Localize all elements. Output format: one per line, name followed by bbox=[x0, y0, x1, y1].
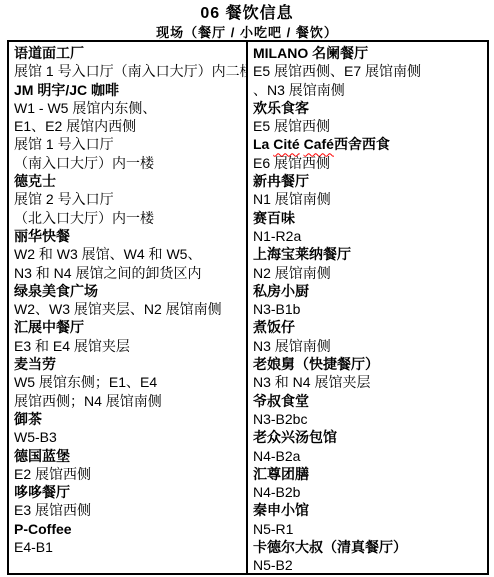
restaurant-location: E3 和 E4 展馆夹层 bbox=[14, 337, 242, 355]
restaurant-location: W5-B3 bbox=[14, 428, 242, 446]
restaurant-location: E5 展馆西侧 bbox=[253, 117, 483, 135]
restaurant-name: 煮饭仔 bbox=[253, 318, 483, 336]
restaurant-location: N1 展馆南侧 bbox=[253, 190, 483, 208]
document-header: 06 餐饮信息 现场（餐厅 / 小吃吧 / 餐饮） bbox=[0, 0, 494, 41]
restaurant-location: N3 和 N4 展馆夹层 bbox=[253, 373, 483, 391]
restaurant-name: 秦申小馆 bbox=[253, 501, 483, 519]
restaurant-name: JM 明宇/JC 咖啡 bbox=[14, 81, 242, 99]
restaurant-name: 哆哆餐厅 bbox=[14, 483, 242, 501]
restaurant-entry: 麦当劳W5 展馆东侧；E1、E4展馆西侧；N4 展馆南侧 bbox=[14, 355, 242, 410]
restaurant-location: （南入口大厅）内一楼 bbox=[14, 154, 242, 172]
restaurant-name: MILANO 名阑餐厅 bbox=[253, 44, 483, 62]
restaurant-entry: 赛百味N1-R2a bbox=[253, 209, 483, 246]
restaurant-location: 展馆 1 号入口厅（南入口大厅）内二楼 bbox=[14, 62, 242, 80]
restaurant-entry: 汇尊团膳N4-B2b bbox=[253, 465, 483, 502]
name-text: 西舍西食 bbox=[334, 136, 390, 152]
restaurant-name: 卡德尔大叔（清真餐厅） bbox=[253, 538, 483, 556]
restaurant-entry: 欢乐食客E5 展馆西侧 bbox=[253, 99, 483, 136]
restaurant-name: 老众兴汤包馆 bbox=[253, 428, 483, 446]
restaurant-location: E6 展馆西侧 bbox=[253, 154, 483, 172]
document-subtitle: 现场（餐厅 / 小吃吧 / 餐饮） bbox=[0, 24, 494, 41]
restaurant-location: N3-B2bc bbox=[253, 410, 483, 428]
restaurant-name: 欢乐食客 bbox=[253, 99, 483, 117]
restaurant-entry: 煮饭仔N3 展馆南侧 bbox=[253, 318, 483, 355]
spellchecked-word: Cité bbox=[273, 136, 299, 152]
restaurant-location: W1 - W5 展馆内东侧、 bbox=[14, 99, 242, 117]
restaurant-entry: 上海宝莱纳餐厅N2 展馆南侧 bbox=[253, 245, 483, 282]
restaurant-entry: 丽华快餐W2 和 W3 展馆、W4 和 W5、N3 和 N4 展馆之间的卸货区内 bbox=[14, 227, 242, 282]
right-column-cell: MILANO 名阑餐厅E5 展馆西侧、E7 展馆南侧、N3 展馆南侧欢乐食客E5… bbox=[248, 42, 487, 573]
restaurant-location: E1、E2 展馆内西侧 bbox=[14, 117, 242, 135]
restaurant-location: N5-B2 bbox=[253, 556, 483, 573]
restaurant-name: 语道面工厂 bbox=[14, 44, 242, 62]
restaurant-entry: 老众兴汤包馆N4-B2a bbox=[253, 428, 483, 465]
restaurant-location: 展馆西侧；N4 展馆南侧 bbox=[14, 392, 242, 410]
restaurant-location: W2、W3 展馆夹层、N2 展馆南侧 bbox=[14, 300, 242, 318]
restaurant-location: E5 展馆西侧、E7 展馆南侧 bbox=[253, 62, 483, 80]
restaurant-location: E2 展馆西侧 bbox=[14, 465, 242, 483]
restaurant-location: N4-B2a bbox=[253, 447, 483, 465]
restaurant-name: 私房小厨 bbox=[253, 282, 483, 300]
restaurant-entry: La Cité Café西舍西食E6 展馆西侧 bbox=[253, 135, 483, 172]
restaurant-name: 新冉餐厅 bbox=[253, 172, 483, 190]
restaurant-location: N1-R2a bbox=[253, 227, 483, 245]
restaurant-entry: P-CoffeeE4-B1 bbox=[14, 520, 242, 557]
restaurant-entry: 语道面工厂展馆 1 号入口厅（南入口大厅）内二楼 bbox=[14, 44, 242, 81]
name-text: La bbox=[253, 136, 273, 152]
restaurant-entry: 老娘舅（快捷餐厅）N3 和 N4 展馆夹层 bbox=[253, 355, 483, 392]
restaurant-name: 赛百味 bbox=[253, 209, 483, 227]
restaurant-location: 展馆 1 号入口厅 bbox=[14, 135, 242, 153]
restaurant-entry: MILANO 名阑餐厅E5 展馆西侧、E7 展馆南侧、N3 展馆南侧 bbox=[253, 44, 483, 99]
restaurant-location: N4-B2b bbox=[253, 483, 483, 501]
restaurant-entry: 汇展中餐厅E3 和 E4 展馆夹层 bbox=[14, 318, 242, 355]
restaurant-entry: 秦申小馆N5-R1 bbox=[253, 501, 483, 538]
restaurant-location: E4-B1 bbox=[14, 538, 242, 556]
document-title: 06 餐饮信息 bbox=[0, 4, 494, 23]
restaurant-location: N2 展馆南侧 bbox=[253, 264, 483, 282]
dining-info-table: 语道面工厂展馆 1 号入口厅（南入口大厅）内二楼JM 明宇/JC 咖啡W1 - … bbox=[7, 40, 489, 575]
restaurant-entry: 德克士展馆 2 号入口厅（北入口大厅）内一楼 bbox=[14, 172, 242, 227]
restaurant-name: 汇尊团膳 bbox=[253, 465, 483, 483]
restaurant-name: 德克士 bbox=[14, 172, 242, 190]
restaurant-entry: 绿泉美食广场W2、W3 展馆夹层、N2 展馆南侧 bbox=[14, 282, 242, 319]
restaurant-name: 爷叔食堂 bbox=[253, 392, 483, 410]
restaurant-name: 上海宝莱纳餐厅 bbox=[253, 245, 483, 263]
restaurant-location: N5-R1 bbox=[253, 520, 483, 538]
restaurant-name: 丽华快餐 bbox=[14, 227, 242, 245]
restaurant-location: N3-B1b bbox=[253, 300, 483, 318]
restaurant-entry: 私房小厨N3-B1b bbox=[253, 282, 483, 319]
restaurant-entry: 德国蓝堡E2 展馆西侧 bbox=[14, 447, 242, 484]
restaurant-location: W5 展馆东侧；E1、E4 bbox=[14, 373, 242, 391]
restaurant-name: 绿泉美食广场 bbox=[14, 282, 242, 300]
restaurant-entry: 御茶W5-B3 bbox=[14, 410, 242, 447]
restaurant-entry: 爷叔食堂N3-B2bc bbox=[253, 392, 483, 429]
restaurant-name: P-Coffee bbox=[14, 520, 242, 538]
page: 06 餐饮信息 现场（餐厅 / 小吃吧 / 餐饮） 语道面工厂展馆 1 号入口厅… bbox=[0, 0, 494, 577]
restaurant-name: 德国蓝堡 bbox=[14, 447, 242, 465]
restaurant-location: 、N3 展馆南侧 bbox=[253, 81, 483, 99]
left-column-cell: 语道面工厂展馆 1 号入口厅（南入口大厅）内二楼JM 明宇/JC 咖啡W1 - … bbox=[9, 42, 248, 573]
spellchecked-word: Café bbox=[304, 136, 334, 152]
restaurant-name: 老娘舅（快捷餐厅） bbox=[253, 355, 483, 373]
restaurant-name: 麦当劳 bbox=[14, 355, 242, 373]
restaurant-location: W2 和 W3 展馆、W4 和 W5、 bbox=[14, 245, 242, 263]
restaurant-name: La Cité Café西舍西食 bbox=[253, 135, 483, 153]
restaurant-entry: JM 明宇/JC 咖啡W1 - W5 展馆内东侧、E1、E2 展馆内西侧展馆 1… bbox=[14, 81, 242, 172]
restaurant-location: 展馆 2 号入口厅 bbox=[14, 190, 242, 208]
restaurant-location: N3 展馆南侧 bbox=[253, 337, 483, 355]
restaurant-entry: 卡德尔大叔（清真餐厅）N5-B2 bbox=[253, 538, 483, 573]
restaurant-name: 汇展中餐厅 bbox=[14, 318, 242, 336]
restaurant-name: 御茶 bbox=[14, 410, 242, 428]
restaurant-location: E3 展馆西侧 bbox=[14, 501, 242, 519]
restaurant-entry: 新冉餐厅N1 展馆南侧 bbox=[253, 172, 483, 209]
restaurant-location: （北入口大厅）内一楼 bbox=[14, 209, 242, 227]
restaurant-location: N3 和 N4 展馆之间的卸货区内 bbox=[14, 264, 242, 282]
restaurant-entry: 哆哆餐厅E3 展馆西侧 bbox=[14, 483, 242, 520]
